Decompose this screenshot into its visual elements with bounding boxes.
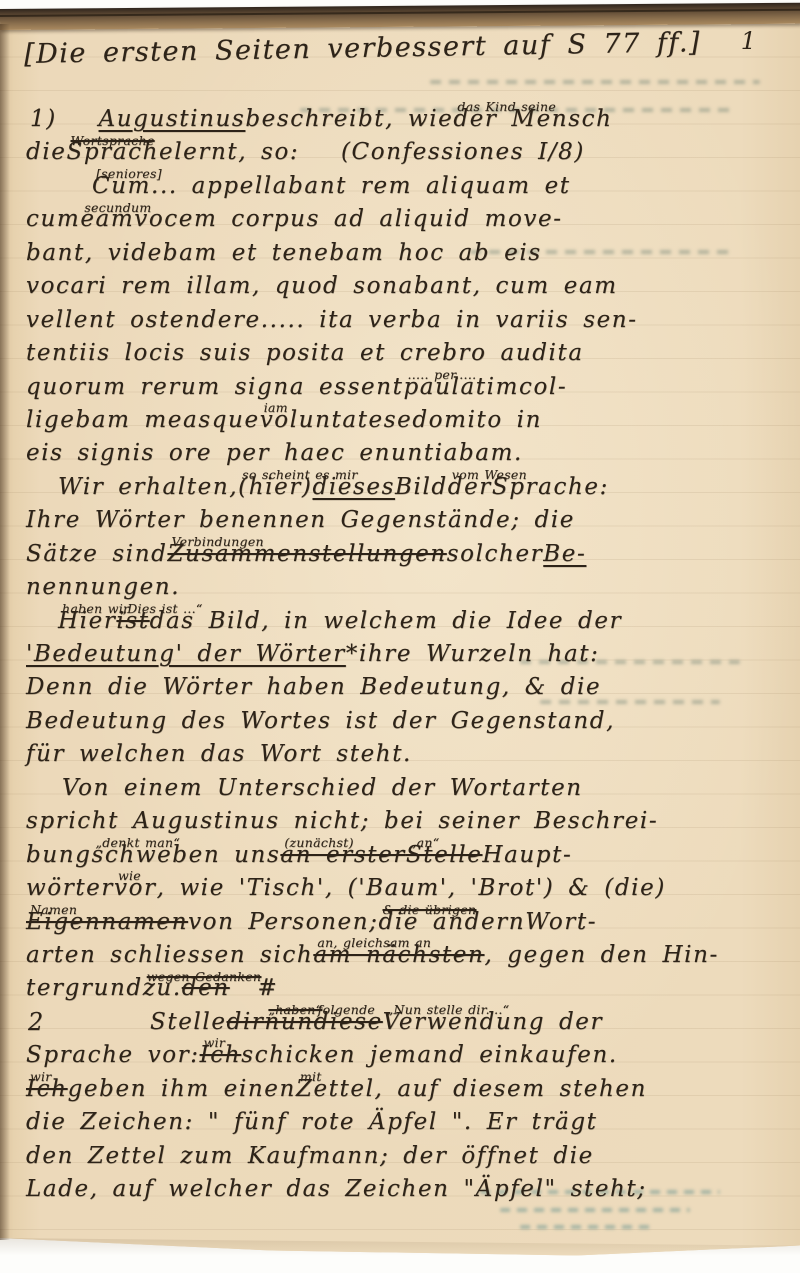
line-segment: Augustinus bbox=[99, 103, 246, 136]
line-segment: Cum[seniores] bbox=[92, 170, 151, 203]
text-line: Von einem Unterschied der Wortarten bbox=[0, 772, 800, 805]
line-segment: Stelle„an“ bbox=[406, 839, 483, 872]
line-segment: wörter bbox=[26, 872, 114, 905]
line-segment: vellent ostendere..... ita verba in vari… bbox=[26, 304, 638, 337]
line-segment: der Menschdas Kind seine bbox=[453, 103, 612, 136]
interlinear-insertion: an, gleichsam an bbox=[317, 937, 431, 950]
line-segment: , gegen den Hin- bbox=[484, 939, 718, 972]
text-line: 'Bedeutung' der Wörter* ihre Wurzeln hat… bbox=[0, 638, 800, 671]
text-line: für welchen das Wort steht. bbox=[0, 738, 800, 771]
manuscript-body: 1) Augustinus beschreibt, wie der Mensch… bbox=[0, 103, 800, 1206]
line-segment: an erster(zunächst) bbox=[280, 839, 406, 872]
line-segment: eis signis ore per haec enuntiabam. bbox=[26, 437, 523, 470]
line-segment: , wie 'Tisch', ('Baum', 'Brot') & (die) bbox=[157, 872, 666, 905]
text-line: EigennamenNamen von Personen; die andern… bbox=[0, 906, 800, 939]
text-line: die Zeichen: " fünf rote Äpfel ". Er trä… bbox=[0, 1106, 800, 1139]
margin-marker: 2 bbox=[28, 1006, 45, 1039]
text-line: die SpracheWortsprache lernt, so: (Confe… bbox=[0, 136, 800, 169]
interlinear-insertion: „denkt man“ bbox=[95, 837, 180, 850]
line-segment: bant, videbam et tenebam hoc ab eis bbox=[26, 237, 542, 270]
line-segment: geben ihm einen bbox=[68, 1073, 296, 1106]
line-segment: quorum rerum signa essent bbox=[26, 371, 403, 404]
text-line: bung schweben uns „denkt man“an erster(z… bbox=[0, 839, 800, 872]
line-segment: solcher bbox=[447, 538, 544, 571]
line-segment: voluntatesiam bbox=[260, 404, 397, 437]
line-segment: zu.wegen Gedanken bbox=[143, 972, 182, 1005]
line-segment: Ichwir bbox=[26, 1073, 68, 1106]
interlinear-insertion: mit bbox=[300, 1071, 322, 1084]
interlinear-insertion: wir bbox=[30, 1071, 52, 1084]
line-segment: die Zeichen: " fünf rote Äpfel ". Er trä… bbox=[26, 1106, 598, 1139]
text-line: bant, videbam et tenebam hoc ab eis bbox=[0, 237, 800, 270]
interlinear-insertion: wir bbox=[204, 1037, 226, 1050]
line-segment: vocari rem illam, quod sonabant, cum eam bbox=[26, 270, 618, 303]
line-segment: # bbox=[230, 972, 279, 1005]
line-segment: Sprache: bbox=[492, 471, 609, 504]
line-segment: von Personen; bbox=[188, 906, 378, 939]
line-segment: Denn die Wörter haben Bedeutung, & die bbox=[26, 671, 601, 704]
text-line: ligebam measque voluntatesiam edomito in bbox=[0, 404, 800, 437]
line-segment: den Zettel zum Kaufmann; der öffnet die bbox=[26, 1140, 594, 1173]
text-line: vellent ostendere..... ita verba in vari… bbox=[0, 304, 800, 337]
line-segment: paulatim..... per..... bbox=[403, 371, 519, 404]
text-line: Wir erhalten, (hier)so scheint es mir di… bbox=[0, 471, 800, 504]
bleedthrough-mark bbox=[520, 1225, 650, 1229]
interlinear-insertion: „an“ bbox=[410, 837, 440, 850]
page-number: 1 bbox=[741, 27, 756, 55]
line-segment: schicken jemand einkaufen. bbox=[241, 1039, 618, 1072]
text-line: Hierhaben wir ist„Dies ist ...“ das Bild… bbox=[0, 605, 800, 638]
text-line: 2Stelle dir nun„haben“ diesefolgende Ver… bbox=[0, 1006, 800, 1039]
line-segment: cum bbox=[26, 203, 80, 236]
line-segment: Bild bbox=[395, 471, 448, 504]
text-line: nennungen. bbox=[0, 571, 800, 604]
line-segment: eamsecundum bbox=[80, 203, 134, 236]
line-segment: dieses bbox=[313, 471, 396, 504]
line-segment: Ichwir bbox=[200, 1039, 242, 1072]
line-segment: beschreibt, wie bbox=[245, 103, 453, 136]
text-line: wörter vorwie, wie 'Tisch', ('Baum', 'Br… bbox=[0, 872, 800, 905]
interlinear-insertion: folgende bbox=[318, 1004, 375, 1017]
interlinear-insertion: Namen bbox=[30, 904, 77, 917]
interlinear-insertion: & die übrigen bbox=[383, 904, 477, 917]
line-segment: das Bild, in welchem die Idee der bbox=[150, 605, 623, 638]
line-segment: , auf diesem stehen bbox=[375, 1073, 648, 1106]
line-segment: Bedeutung des Wortes ist der Gegenstand, bbox=[26, 705, 615, 738]
text-line: Cum[seniores] ... appellabant rem aliqua… bbox=[0, 170, 800, 203]
bleedthrough-mark bbox=[430, 80, 760, 84]
line-segment: EigennamenNamen bbox=[26, 906, 188, 939]
line-segment: Hierhaben wir bbox=[58, 605, 116, 638]
line-segment: vorwie bbox=[114, 872, 157, 905]
line-segment: Lade, auf welcher das Zeichen "Äpfel" st… bbox=[26, 1173, 647, 1206]
line-segment: ihre Wurzeln hat: bbox=[359, 638, 600, 671]
line-segment: ist„Dies ist ...“ bbox=[116, 605, 149, 638]
text-line: Sprache vor: Ichwir schicken jemand eink… bbox=[0, 1039, 800, 1072]
line-segment: SpracheWortsprache bbox=[67, 136, 175, 169]
text-line: spricht Augustinus nicht; bei seiner Bes… bbox=[0, 805, 800, 838]
interlinear-insertion: iam bbox=[264, 402, 288, 415]
line-segment: Wir erhalten, bbox=[58, 471, 238, 504]
text-line: Bedeutung des Wortes ist der Gegenstand, bbox=[0, 705, 800, 738]
line-segment: die bbox=[26, 136, 67, 169]
line-segment: Sätze sind bbox=[26, 538, 167, 571]
line-segment: Wort- bbox=[525, 906, 597, 939]
line-segment: tergrund bbox=[26, 972, 143, 1005]
line-segment: diesefolgende bbox=[314, 1006, 383, 1039]
text-line: Ichwir geben ihm einen Zettelmit, auf di… bbox=[0, 1073, 800, 1106]
line-segment: bung bbox=[26, 839, 91, 872]
line-segment: Verwendung der„Nun stelle dir....“ bbox=[383, 1006, 603, 1039]
bleedthrough-mark bbox=[500, 1208, 690, 1212]
line-segment: * bbox=[346, 638, 359, 671]
line-segment: lernt, so: (Confessiones I/8) bbox=[174, 136, 585, 169]
line-segment: Von einem Unterschied der Wortarten bbox=[62, 772, 583, 805]
line-segment: Zettelmit bbox=[296, 1073, 375, 1106]
line-segment: arten schliessen sich bbox=[26, 939, 313, 972]
line-segment: edomito in bbox=[397, 404, 542, 437]
line-segment: tentiis locis suis posita et crebro audi… bbox=[26, 337, 584, 370]
interlinear-insertion: Wortsprache bbox=[71, 135, 155, 148]
line-segment: 1) bbox=[30, 103, 99, 136]
interlinear-insertion: ..... per..... bbox=[407, 369, 476, 382]
line-segment: Ihre Wörter benennen Gegenstände; die bbox=[26, 504, 575, 537]
line-segment: schweben uns „denkt man“ bbox=[91, 839, 280, 872]
text-line: arten schliessen sich am nächstenan, gle… bbox=[0, 939, 800, 972]
line-segment: die andern& die übrigen bbox=[379, 906, 526, 939]
interlinear-insertion: „Nun stelle dir....“ bbox=[387, 1004, 510, 1017]
line-segment: dervom Wesen bbox=[448, 471, 492, 504]
interlinear-insertion: wie bbox=[118, 870, 141, 883]
line-segment: vocem corpus ad aliquid move- bbox=[134, 203, 562, 236]
line-segment: col- bbox=[519, 371, 567, 404]
line-segment: 'Bedeutung' der Wörter bbox=[26, 638, 346, 671]
line-segment: ligebam measque bbox=[26, 404, 260, 437]
text-line: quorum rerum signa essent paulatim..... … bbox=[0, 371, 800, 404]
line-segment: (hier)so scheint es mir bbox=[238, 471, 312, 504]
text-line: tentiis locis suis posita et crebro audi… bbox=[0, 337, 800, 370]
interlinear-insertion: Verbindungen bbox=[171, 536, 263, 549]
text-line: Lade, auf welcher das Zeichen "Äpfel" st… bbox=[0, 1173, 800, 1206]
text-line: eis signis ore per haec enuntiabam. bbox=[0, 437, 800, 470]
line-segment: nun„haben“ bbox=[264, 1006, 313, 1039]
interlinear-insertion: (zunächst) bbox=[284, 837, 353, 850]
interlinear-insertion: das Kind seine bbox=[457, 101, 556, 114]
text-line: Sätze sind ZusammenstellungenVerbindunge… bbox=[0, 538, 800, 571]
line-segment: für welchen das Wort steht. bbox=[26, 738, 412, 771]
line-segment: den bbox=[182, 972, 230, 1005]
text-line: cum eamsecundum vocem corpus ad aliquid … bbox=[0, 203, 800, 236]
text-line: Denn die Wörter haben Bedeutung, & die bbox=[0, 671, 800, 704]
line-segment: Stelle bbox=[150, 1006, 227, 1039]
line-segment: ZusammenstellungenVerbindungen bbox=[167, 538, 446, 571]
line-segment: Be- bbox=[543, 538, 586, 571]
line-segment: spricht Augustinus nicht; bei seiner Bes… bbox=[26, 805, 658, 838]
text-line: den Zettel zum Kaufmann; der öffnet die bbox=[0, 1140, 800, 1173]
line-segment: nennungen. bbox=[26, 571, 180, 604]
line-segment: Haupt- bbox=[482, 839, 572, 872]
line-segment: dir bbox=[227, 1006, 265, 1039]
text-line: Ihre Wörter benennen Gegenstände; die bbox=[0, 504, 800, 537]
line-segment: am nächstenan, gleichsam an bbox=[313, 939, 484, 972]
text-line: 1) Augustinus beschreibt, wie der Mensch… bbox=[0, 103, 800, 136]
line-segment: Sprache vor: bbox=[26, 1039, 200, 1072]
text-line: vocari rem illam, quod sonabant, cum eam bbox=[0, 270, 800, 303]
text-line: tergrund zu.wegen Gedanken den # bbox=[0, 972, 800, 1005]
line-segment: ... appellabant rem aliquam et bbox=[151, 170, 571, 203]
